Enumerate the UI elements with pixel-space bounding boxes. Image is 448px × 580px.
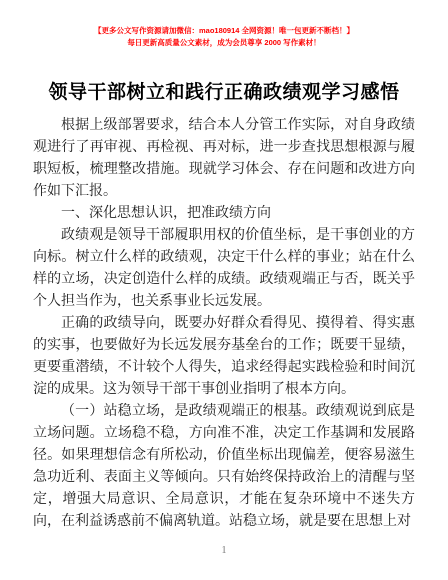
watermark-line-1: 【更多公文写作资源请加微信：mao180914 全网资源！唯一包更新不断档！】 [0,25,448,37]
watermark-line-2: 每日更新高质量公文素材，成为会员尊享 2000 写作素材！ [0,37,448,49]
document-body: 根据上级部署要求，结合本人分管工作实际，对自身政绩观进行了再审视、再检视、再对标… [0,115,448,533]
watermark-header: 【更多公文写作资源请加微信：mao180914 全网资源！唯一包更新不断档！】 … [0,25,448,49]
paragraph: 政绩观是领导干部履职用权的价值坐标，是干事创业的方向标。树立什么样的政绩观，决定… [33,225,415,313]
paragraph: 正确的政绩导向，既要办好群众看得见、摸得着、得实惠的实事，也要做好为长远发展夯基… [33,313,415,401]
page-number: 1 [0,545,448,556]
document-title: 领导干部树立和践行正确政绩观学习感悟 [0,80,448,106]
paragraph: （一）站稳立场，是政绩观端正的根基。政绩观说到底是立场问题。立场稳不稳，方向准不… [33,401,415,533]
section-heading: 一、深化思想认识，把准政绩方向 [33,203,415,225]
document-page: 【更多公文写作资源请加微信：mao180914 全网资源！唯一包更新不断档！】 … [0,0,448,580]
paragraph: 根据上级部署要求，结合本人分管工作实际，对自身政绩观进行了再审视、再检视、再对标… [33,115,415,203]
